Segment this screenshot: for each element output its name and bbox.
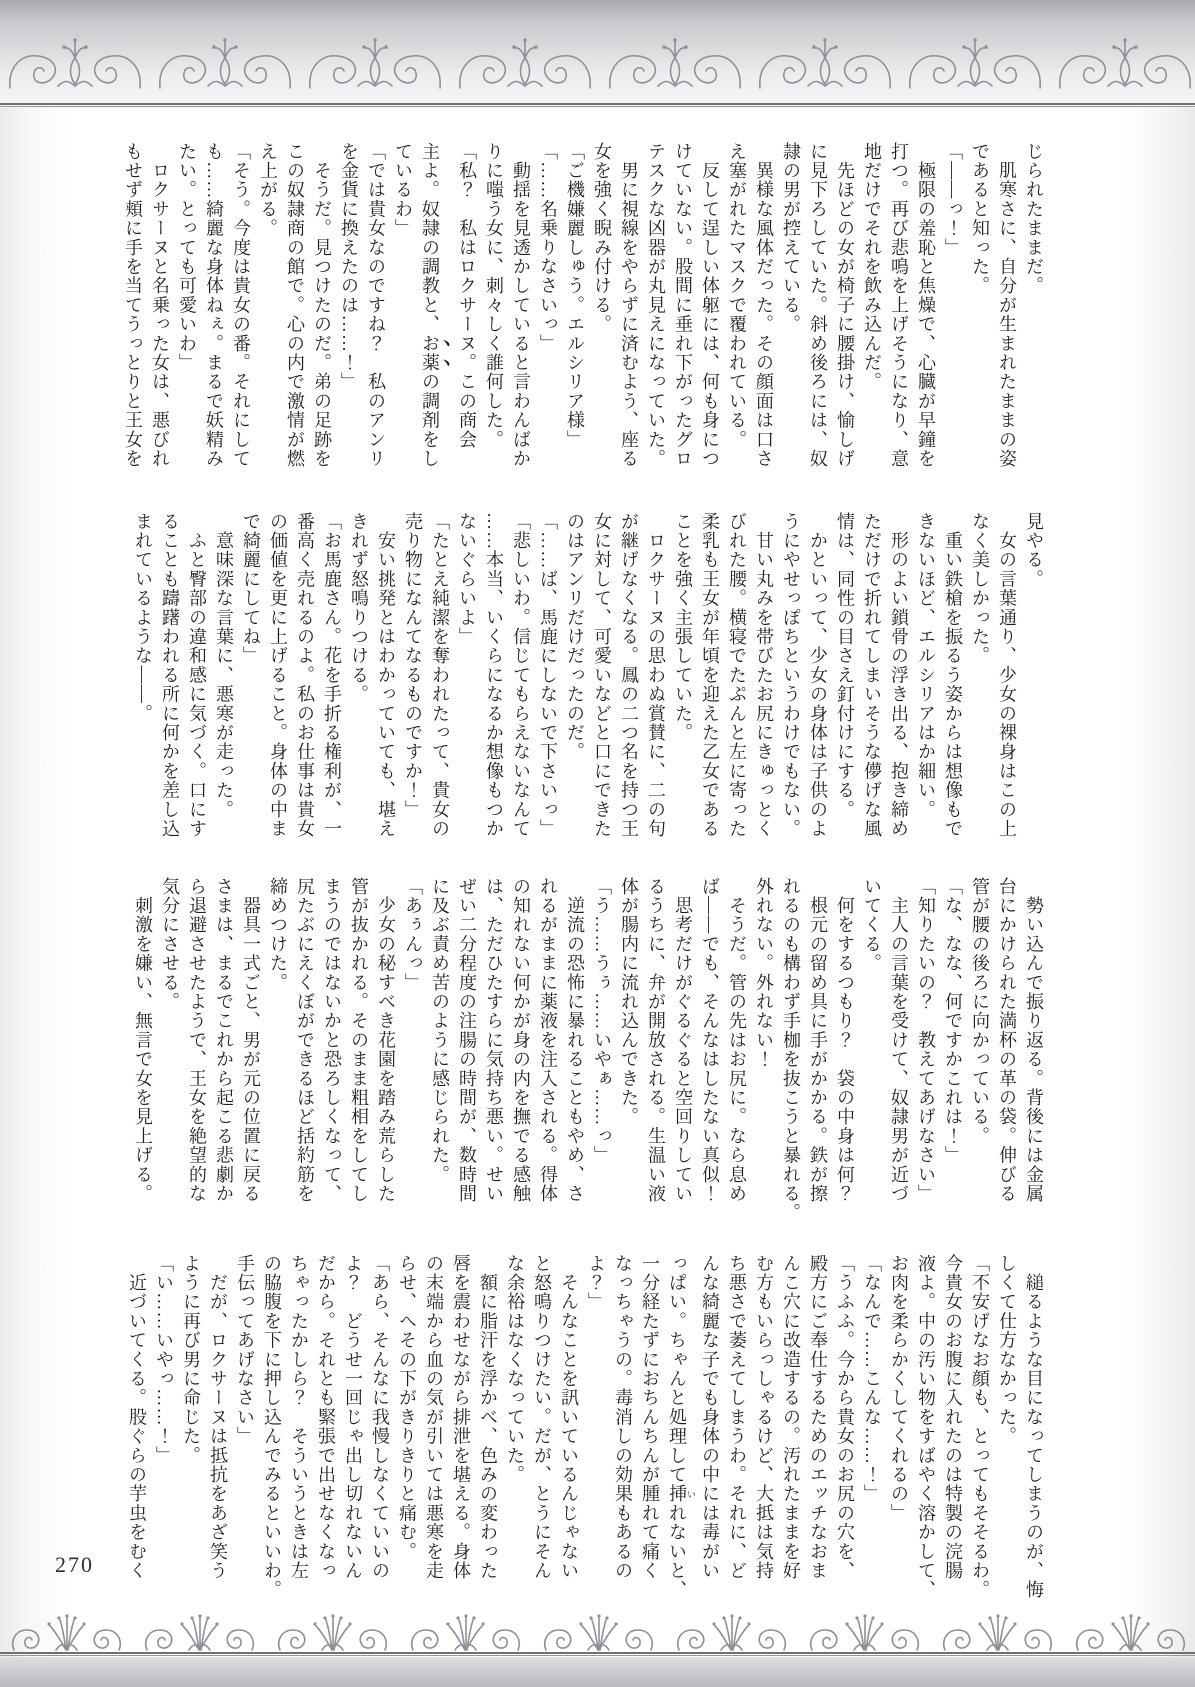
text-column: え塞がれたマスクで覆われている。 bbox=[723, 142, 750, 472]
text-column: 刺激を嫌い、無言で女を見上げる。 bbox=[129, 877, 156, 1207]
text-column: いてくる。 bbox=[858, 877, 885, 1207]
text-column: 思考だけがぐるぐると空回りしてい bbox=[669, 877, 696, 1207]
text-column: なっちゃうの。毒消しの効果もあるの bbox=[609, 1254, 636, 1602]
text-column: 「あぅんっ」 bbox=[399, 877, 426, 1207]
text-column: 打つ。再び悲鳴を上げそうになり、意 bbox=[885, 142, 912, 472]
text-column: もせず頬に手を当てうっとりと王女を bbox=[119, 142, 146, 472]
text-column: ロクサーヌと名乗った女は、悪びれ bbox=[146, 142, 173, 472]
text-column: れるがままに薬液を注入される。得体 bbox=[534, 877, 561, 1207]
text-column: ロクサーヌの思わぬ賞賛に、二の句 bbox=[642, 512, 669, 842]
text-column: 「たとえ純潔を奪われたって、貴女の bbox=[426, 512, 453, 842]
text-column: 甘い丸みを帯びたお尻にきゅっとく bbox=[750, 512, 777, 842]
text-column: びれた腰。横寝でたぷんと左に寄った bbox=[723, 512, 750, 842]
text-column: 肌寒さに、自分が生まれたままの姿 bbox=[993, 142, 1020, 472]
text-column: 「なんで……こんな……！」 bbox=[858, 1254, 885, 1602]
text-column: 「い……いやっ……！」 bbox=[150, 1254, 177, 1602]
text-column: ふと臀部の違和感に気づく。口にす bbox=[183, 512, 210, 842]
text-column: の知れない何かが身の内を撫でる感触 bbox=[507, 877, 534, 1207]
text-column: 「不安げなお顔も、とってもそそるわ。 bbox=[966, 1254, 993, 1602]
text-column: 「な、なな、何ですかこれは！」 bbox=[939, 877, 966, 1207]
text-column: かといって、少女の身体は子供のよ bbox=[804, 512, 831, 842]
text-column: 「――っ！」 bbox=[939, 142, 966, 472]
text-column: 安い挑発とはわかっていても、堪え bbox=[372, 512, 399, 842]
spiral-lily-frieze-icon bbox=[0, 1596, 1195, 1654]
text-column: の価値を更に上げること。身体の中ま bbox=[264, 512, 291, 842]
text-column: ……本当、いくらになるか想像もつか bbox=[480, 512, 507, 842]
text-column: よ？」 bbox=[582, 1254, 609, 1602]
text-column: そうだ。見つけたのだ。弟の足跡を bbox=[308, 142, 335, 472]
text-column: 異様な風体だった。その顔面は口さ bbox=[750, 142, 777, 472]
text-column: らせ、へその下がきりきりと痛む。 bbox=[393, 1254, 420, 1602]
text-column: で綺麗にしてね」 bbox=[237, 512, 264, 842]
text-column: しくて仕方なかった。 bbox=[993, 1254, 1020, 1602]
text-column: 少女の秘すべき花園を踏み荒らした bbox=[372, 877, 399, 1207]
text-column: 額に脂汗を浮かべ、色みの変わった bbox=[474, 1254, 501, 1602]
text-column: 女に対して、可愛いなどと口にできた bbox=[588, 512, 615, 842]
text-column: であると知った。 bbox=[966, 142, 993, 472]
text-column: 極限の羞恥と焦燥で、心臓が早鐘を bbox=[912, 142, 939, 472]
text-column: 器具一式ごと、男が元の位置に戻る bbox=[237, 877, 264, 1207]
text-column: の末端から血の気が引いては悪寒を走 bbox=[420, 1254, 447, 1602]
text-column: と怒鳴りつけたい。だが、とうにそん bbox=[528, 1254, 555, 1602]
text-column: 「う……うぅ……いやぁ……っ」 bbox=[588, 877, 615, 1207]
text-column: 意味深な言葉に、悪寒が走った。 bbox=[210, 512, 237, 842]
text-column: 先ほどの女が椅子に腰掛け、愉しげ bbox=[831, 142, 858, 472]
text-column: のはアンリだけだったのだ。 bbox=[561, 512, 588, 842]
text-column: たい。とっても可愛いわ」 bbox=[173, 142, 200, 472]
text-column: の脇腹を下に押し込んでみるといいわ。 bbox=[258, 1254, 285, 1602]
text-column: 逆流の恐怖に暴れることもやめ、さ bbox=[561, 877, 588, 1207]
text-column: なく美しかった。 bbox=[966, 512, 993, 842]
scrollwork-frieze-icon bbox=[0, 26, 1195, 102]
text-column: も……綺麗な身体ねぇ。まるで妖精み bbox=[200, 142, 227, 472]
text-column: 隷の男が控えている。 bbox=[777, 142, 804, 472]
text-column: 縋るような目になってしまうのが、悔 bbox=[1020, 1254, 1047, 1602]
text-column: まれているような——。 bbox=[129, 512, 156, 842]
text-column: ないぐらいよ」 bbox=[453, 512, 480, 842]
text-column: 勢い込んで振り返る。背後には金属 bbox=[1020, 877, 1047, 1207]
text-column: 唇を震わせながら排泄を堪える。身体 bbox=[447, 1254, 474, 1602]
text-column: 手伝ってあげなさい」 bbox=[231, 1254, 258, 1602]
text-column: は、ただひたすらに気持ち悪い。せい bbox=[480, 877, 507, 1207]
text-column: ように再び男に命じた。 bbox=[177, 1254, 204, 1602]
text-column: 管が抜かれる。そのまま粗相をしてし bbox=[345, 877, 372, 1207]
text-column: 気分にさせる。 bbox=[156, 877, 183, 1207]
text-band-3: 勢い込んで振り返る。背後には金属台にかけられた満杯の革の袋。伸びる管が腰の後ろに… bbox=[129, 877, 1047, 1207]
text-band-1: じられたままだ。 肌寒さに、自分が生まれたままの姿であると知った。「――っ！」 … bbox=[119, 142, 1047, 472]
text-column: ることも躊躇われる所に何かを差し込 bbox=[156, 512, 183, 842]
text-column: っぱい。ちゃんと処理して挿いれないと、 bbox=[663, 1254, 696, 1602]
text-column: 重い鉄槍を振るう姿からは想像もで bbox=[939, 512, 966, 842]
text-column: 形のよい鎖骨の浮き出る、抱き締め bbox=[885, 512, 912, 842]
text-column: 女の言葉通り、少女の裸身はこの上 bbox=[993, 512, 1020, 842]
text-column: 「では貴女なのですね？ 私のアンリ bbox=[362, 142, 389, 472]
text-column: 近づいてくる。股ぐらの芋虫をむく bbox=[123, 1254, 150, 1602]
text-column: 男に視線をやらずに済むよう、座る bbox=[615, 142, 642, 472]
text-column: まうのではないかと恐ろしくなって、 bbox=[318, 877, 345, 1207]
text-column: 「知りたいの？ 教えてあげなさい」 bbox=[912, 877, 939, 1207]
text-column: 今貴女のお腹に入れたのは特製の浣腸 bbox=[939, 1254, 966, 1602]
text-column: じられたままだ。 bbox=[1020, 142, 1047, 472]
text-column: るうちに、弁が開放される。生温い液 bbox=[642, 877, 669, 1207]
footer-gray-band bbox=[0, 1657, 1195, 1687]
text-column: 「……名乗りなさいっ」 bbox=[534, 142, 561, 472]
text-column: テスクな凶器が丸見えになっていた。 bbox=[642, 142, 669, 472]
text-column: だから。それとも緊張で出せなくなっ bbox=[312, 1254, 339, 1602]
book-page: じられたままだ。 肌寒さに、自分が生まれたままの姿であると知った。「――っ！」 … bbox=[0, 0, 1195, 1687]
text-column: え上がる。 bbox=[254, 142, 281, 472]
text-column: 「私？ 私はロクサーヌ。この商会 bbox=[453, 142, 480, 472]
text-column: 動揺を見透かしていると言わんばか bbox=[507, 142, 534, 472]
text-column: んこ穴に改造するの。汚れたままを好 bbox=[777, 1254, 804, 1602]
text-band-2: 見やる。 女の言葉通り、少女の裸身はこの上なく美しかった。 重い鉄槍を振るう姿か… bbox=[129, 512, 1047, 842]
text-column: 女を強く睨み付ける。 bbox=[588, 142, 615, 472]
text-column: よ？ どうせ一回じゃ出し切れないん bbox=[339, 1254, 366, 1602]
text-column: ことを強く主張していた。 bbox=[669, 512, 696, 842]
text-column: うにやせっぽちというわけでもない。 bbox=[777, 512, 804, 842]
text-column: 「うふふ。今から貴女のお尻の穴を、 bbox=[831, 1254, 858, 1602]
text-column: 締めつけた。 bbox=[264, 877, 291, 1207]
text-column: に見下ろしていた。斜め後ろには、奴 bbox=[804, 142, 831, 472]
text-column: 尻たぶにえくぼができるほど括約筋を bbox=[291, 877, 318, 1207]
text-column: 反して逞しい体躯には、何も身につ bbox=[696, 142, 723, 472]
text-column: きれず怒鳴りつける。 bbox=[345, 512, 372, 842]
text-column: ば——でも、そんなはしたない真似！ bbox=[696, 877, 723, 1207]
text-column: 柔乳も王女が年頃を迎えた乙女である bbox=[696, 512, 723, 842]
top-ornament-border bbox=[0, 0, 1195, 108]
text-column: んな綺麗な子でも身体の中には毒がい bbox=[696, 1254, 723, 1602]
text-column: りに嗤う女に、刺々しく誰何した。 bbox=[480, 142, 507, 472]
text-column: ただけで折れてしまいそうな儚げな風 bbox=[858, 512, 885, 842]
text-column: 「そう。今度は貴女の番。それにして bbox=[227, 142, 254, 472]
text-column: れるのも構わず手枷を抜こうと暴れる。 bbox=[777, 877, 804, 1207]
text-column: 根元の留め具に手がかかる。鉄が擦 bbox=[804, 877, 831, 1207]
text-column: 何をするつもり？ 袋の中身は何？ bbox=[831, 877, 858, 1207]
text-column: む方もいらっしゃるけど、大抵は気持 bbox=[750, 1254, 777, 1602]
text-column: ているわ」 bbox=[389, 142, 416, 472]
text-column: 「ご機嫌麗しゅう。エルシリア様」 bbox=[561, 142, 588, 472]
text-column: な余裕はなくなっていた。 bbox=[501, 1254, 528, 1602]
text-column: 主よ。奴隷の調教と、お薬の調剤をし bbox=[416, 142, 453, 472]
text-column: 体が腸内に流れ込んできた。 bbox=[615, 877, 642, 1207]
text-column: 地だけでそれを飲み込んだ。 bbox=[858, 142, 885, 472]
text-column: 殿方にご奉仕するためのエッチなおま bbox=[804, 1254, 831, 1602]
bottom-rule bbox=[0, 1652, 1195, 1656]
text-column: に及ぶ責め苦のように感じられた。 bbox=[426, 877, 453, 1207]
page-root: { "page": { "number": "270" }, "colors":… bbox=[0, 0, 1195, 1687]
text-column: 情は、同性の目さえ釘付けにする。 bbox=[831, 512, 858, 842]
text-column: 管が腰の後ろに向かっている。 bbox=[966, 877, 993, 1207]
text-column: を金貨に換えたのは……！」 bbox=[335, 142, 362, 472]
page-number: 270 bbox=[55, 1552, 94, 1578]
text-column: けていない。股間に垂れ下がったグロ bbox=[669, 142, 696, 472]
text-column: さまは、まるでこれから起こる悲劇か bbox=[210, 877, 237, 1207]
text-column: ぜい二分程度の注腸の時間が、数時間 bbox=[453, 877, 480, 1207]
text-column: 外れない。外れない！ bbox=[750, 877, 777, 1207]
text-column: きないほど、エルシリアはか細い。 bbox=[912, 512, 939, 842]
text-column: そうだ。管の先はお尻に。なら息め bbox=[723, 877, 750, 1207]
text-column: そんなことを訊いているんじゃない bbox=[555, 1254, 582, 1602]
text-column: 台にかけられた満杯の革の袋。伸びる bbox=[993, 877, 1020, 1207]
text-column: 「あら、そんなに我慢しなくていいの bbox=[366, 1254, 393, 1602]
text-column: ち悪さで萎えてしまうわ。それに、ど bbox=[723, 1254, 750, 1602]
text-column: 番高く売れるのよ。私のお仕事は貴女 bbox=[291, 512, 318, 842]
text-column: 主人の言葉を受けて、奴隷男が近づ bbox=[885, 877, 912, 1207]
text-column: 見やる。 bbox=[1020, 512, 1047, 842]
text-column: 「……ば、馬鹿にしないで下さいっ」 bbox=[534, 512, 561, 842]
text-column: 液よ。中の汚い物をすばやく溶かして、 bbox=[912, 1254, 939, 1602]
top-rule bbox=[0, 103, 1195, 107]
text-column: ちゃったかしら？ そういうときは左 bbox=[285, 1254, 312, 1602]
text-column: お肉を柔らかくしてくれるの」 bbox=[885, 1254, 912, 1602]
text-band-4: 縋るような目になってしまうのが、悔しくて仕方なかった。「不安げなお顔も、とっても… bbox=[123, 1254, 1047, 1602]
bottom-ornament-border bbox=[0, 1594, 1195, 1687]
text-column: 売り物になんてなるものですか！」 bbox=[399, 512, 426, 842]
text-column: 一分経たずにおちんちんが腫れて痛く bbox=[636, 1254, 663, 1602]
text-column: この奴隷商の館で。心の内で激情が燃 bbox=[281, 142, 308, 472]
text-column: 「悲しいわ。信じてもらえないなんて bbox=[507, 512, 534, 842]
text-column: が継げなくなる。鳳の二つ名を持つ王 bbox=[615, 512, 642, 842]
text-column: 「お馬鹿さん。花を手折る権利が、一 bbox=[318, 512, 345, 842]
text-column: だが、ロクサーヌは抵抗をあざ笑う bbox=[204, 1254, 231, 1602]
text-column: ら退避させたようで、王女を絶望的な bbox=[183, 877, 210, 1207]
